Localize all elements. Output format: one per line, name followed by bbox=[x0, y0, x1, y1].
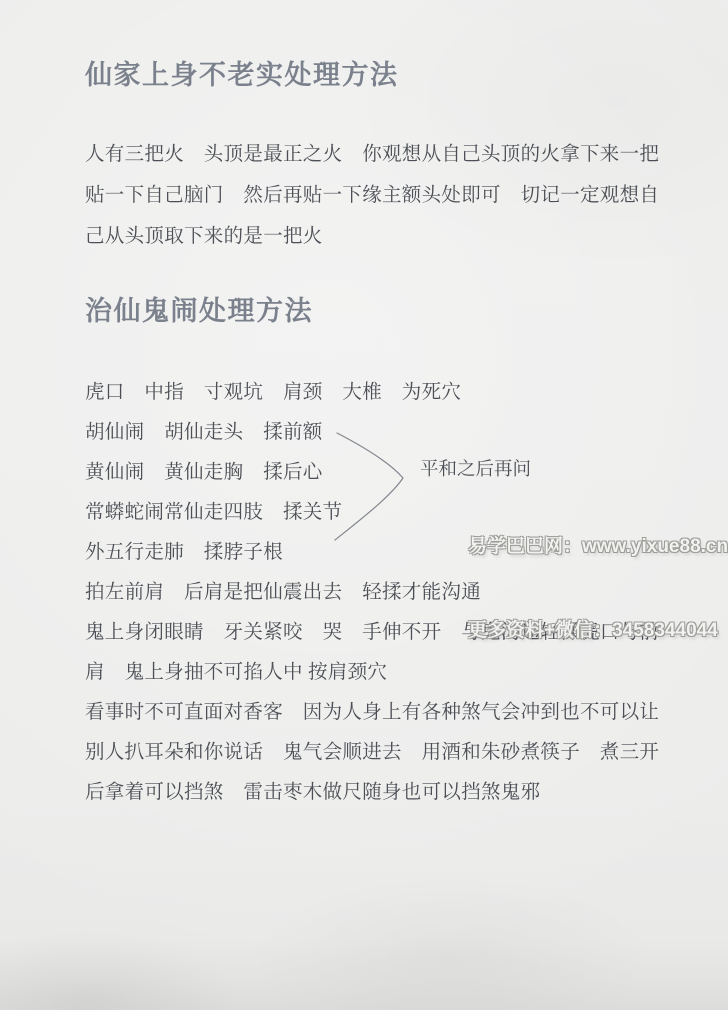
watermark-contact-line: 更多资料+微信：3458344044 bbox=[468, 617, 728, 645]
section2-line-2: 胡仙闹 胡仙走头 揉前额 bbox=[85, 416, 323, 444]
section1-line-2: 贴一下自己脑门 然后再贴一下缘主额头处即可 切记一定观想自 bbox=[85, 179, 659, 207]
section2-title: 治仙鬼闹处理方法 bbox=[85, 289, 313, 328]
watermark-site-line: 易学巴巴网：www.yixue88.cn bbox=[468, 533, 728, 561]
section2-line-6: 拍左前肩 后肩是把仙震出去 轻揉才能沟通 bbox=[85, 576, 481, 604]
section2-line-4: 常蟒蛇闹常仙走四肢 揉关节 bbox=[85, 496, 342, 524]
section1-line-1: 人有三把火 头顶是最正之火 你观想从自己头顶的火拿下来一把 bbox=[85, 138, 659, 166]
section2-line-11: 后拿着可以挡煞 雷击枣木做尺随身也可以挡煞鬼邪 bbox=[85, 776, 540, 804]
watermark: 易学巴巴网：www.yixue88.cn 更多资料+微信：3458344044 bbox=[468, 477, 728, 701]
section2-line-1: 虎口 中指 寸观坑 肩颈 大椎 为死穴 bbox=[85, 376, 461, 404]
section2-line-3: 黄仙闹 黄仙走胸 揉后心 bbox=[85, 456, 323, 484]
section1-title: 仙家上身不老实处理方法 bbox=[85, 53, 399, 92]
section1-line-3: 己从头顶取下来的是一把火 bbox=[85, 220, 323, 248]
scanned-document-page: 仙家上身不老实处理方法 人有三把火 头顶是最正之火 你观想从自己头顶的火拿下来一… bbox=[0, 0, 728, 1010]
section2-line-8: 肩 鬼上身抽不可掐人中 按肩颈穴 bbox=[85, 656, 387, 684]
section2-line-10: 别人扒耳朵和你说话 鬼气会顺进去 用酒和朱砂煮筷子 煮三开 bbox=[85, 736, 659, 764]
converging-bracket-line bbox=[318, 424, 418, 549]
section2-line-5: 外五行走肺 揉脖子根 bbox=[85, 536, 283, 564]
